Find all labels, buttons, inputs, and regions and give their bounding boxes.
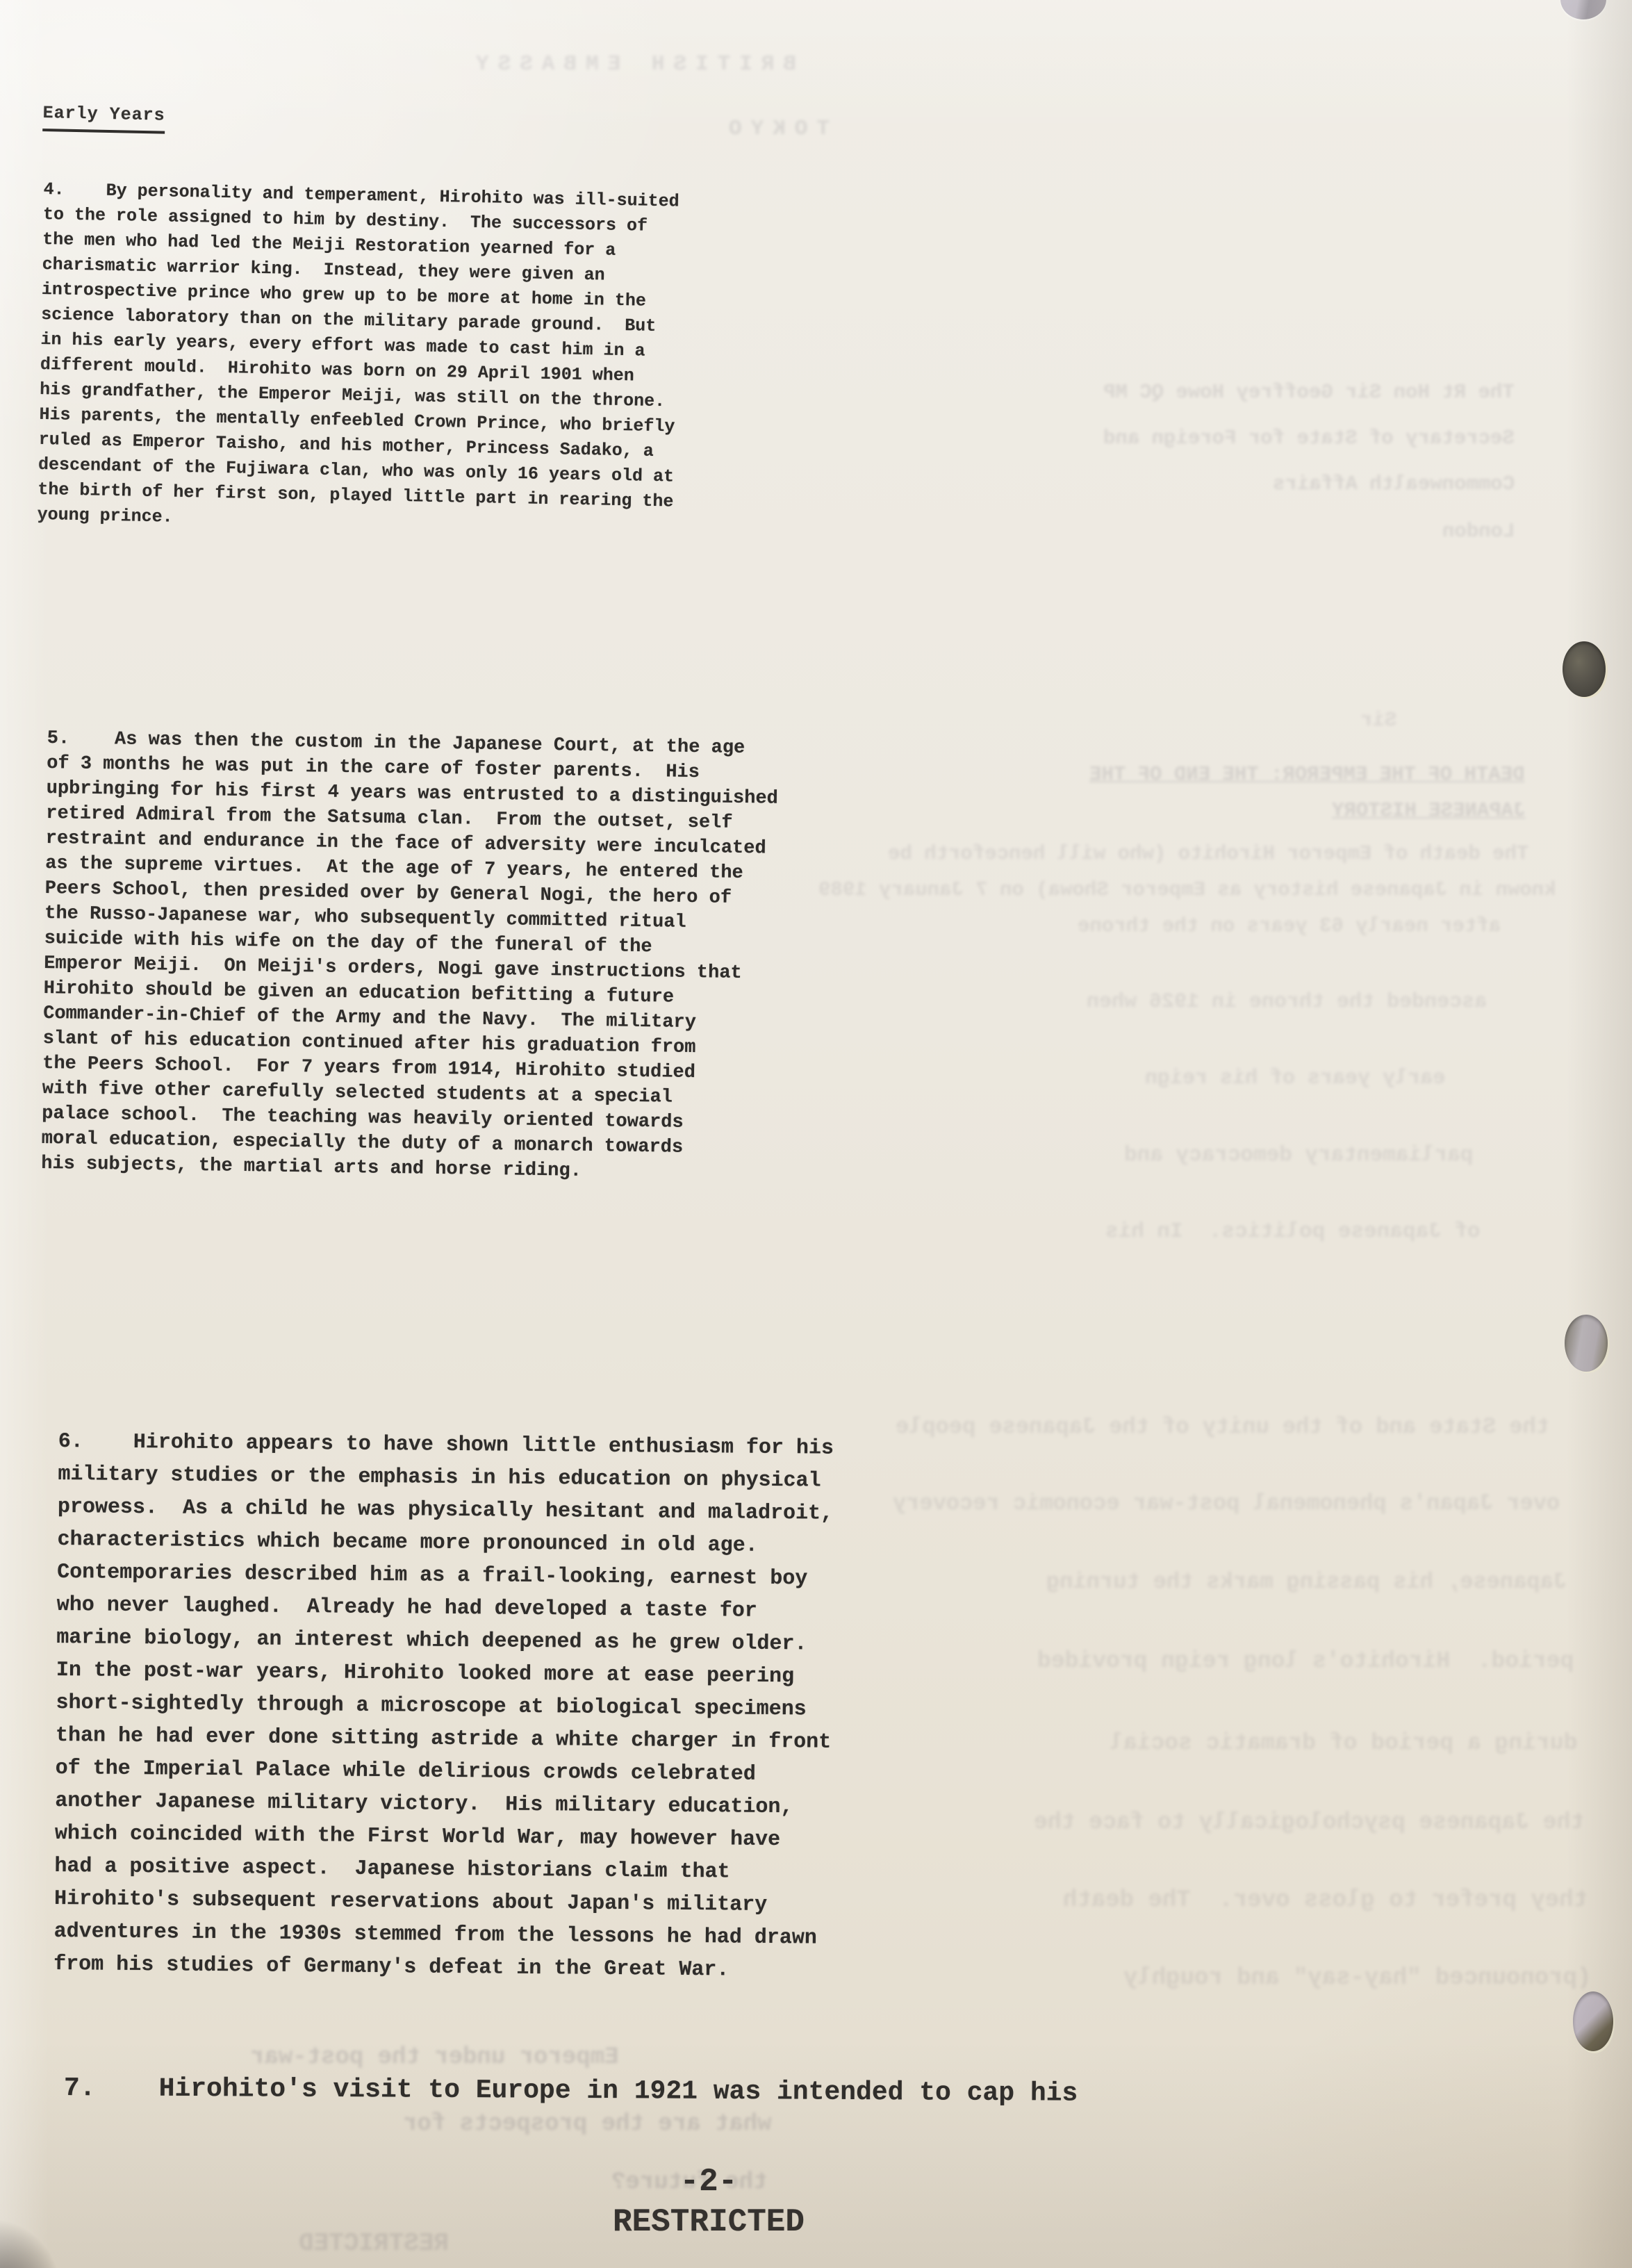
typed-line: 7. Hirohito's visit to Europe in 1921 wa…	[64, 2071, 1078, 2112]
hole-punch	[1563, 641, 1606, 697]
scanned-document-page: BRITISH EMBASSYTOKYOThe Rt Hon Sir Geoff…	[0, 0, 1632, 2268]
classification-marking: RESTRICTED	[528, 2203, 889, 2242]
typed-line: from his studies of Germany's defeat in …	[53, 1948, 830, 1988]
page-footer: -2- RESTRICTED	[528, 2162, 889, 2242]
section-heading: Early Years	[42, 103, 165, 134]
typed-text-layer: Early Years 4. By personality and temper…	[0, 0, 1632, 2268]
page-number: -2-	[528, 2162, 889, 2201]
hole-punch	[1573, 1991, 1613, 2051]
paragraph-4: 4. By personality and temperament, Hiroh…	[37, 177, 679, 539]
paragraph-7: 7. Hirohito's visit to Europe in 1921 wa…	[64, 2071, 1078, 2112]
paragraph-6: 6. Hirohito appears to have shown little…	[53, 1426, 834, 1988]
paragraph-5: 5. As was then the custom in the Japanes…	[41, 726, 779, 1187]
hole-punch	[1565, 1315, 1608, 1372]
